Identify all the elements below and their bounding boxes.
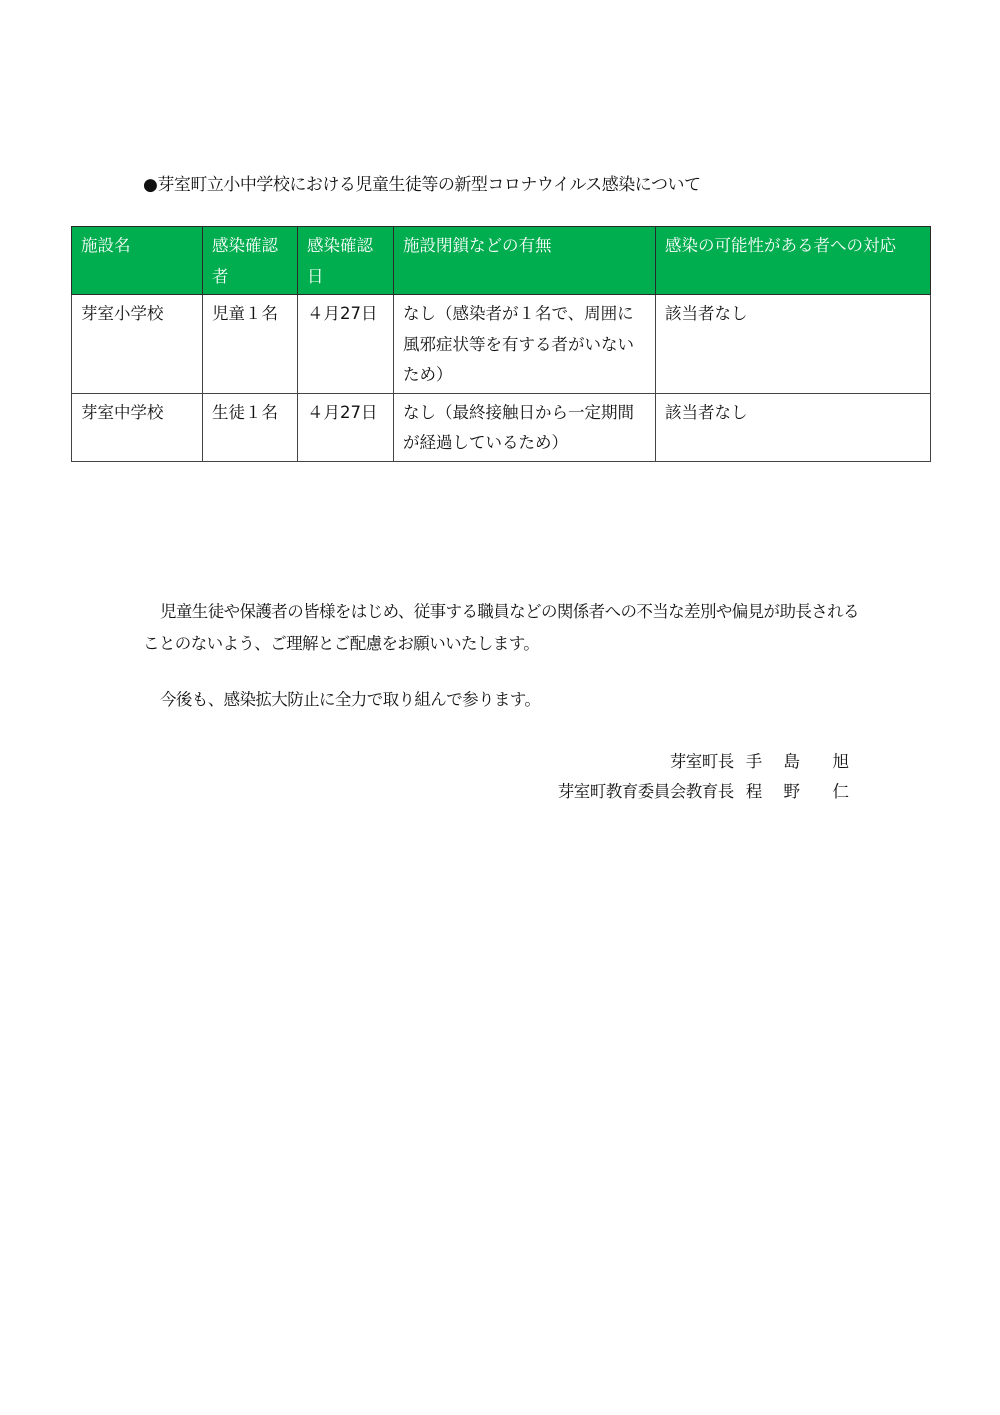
document-heading: ●芽室町立小中学校における児童生徒等の新型コロナウイルス感染について [143,170,700,195]
cell-confirmed-date: ４月27日 [298,393,394,461]
column-header-confirmed-date: 感染確認日 [298,227,394,295]
table-header-row: 施設名 感染確認者 感染確認日 施設閉鎖などの有無 感染の可能性がある者への対応 [72,227,931,295]
column-header-facility: 施設名 [72,227,203,295]
cell-response: 該当者なし [656,295,931,394]
cell-closure: なし（最終接触日から一定期間が経過しているため） [394,393,656,461]
infection-status-table: 施設名 感染確認者 感染確認日 施設閉鎖などの有無 感染の可能性がある者への対応… [71,226,931,462]
signature-role: 芽室町教育委員会教育長 [558,782,734,801]
table-row: 芽室小学校 児童１名 ４月27日 なし（感染者が１名で、周囲に風邪症状等を有する… [72,295,931,394]
cell-facility: 芽室中学校 [72,393,203,461]
cell-closure: なし（感染者が１名で、周囲に風邪症状等を有する者がいないため） [394,295,656,394]
cell-confirmed-person: 生徒１名 [203,393,298,461]
signature-mayor: 芽室町長手 島 旭 [670,748,857,772]
cell-response: 該当者なし [656,393,931,461]
signature-role: 芽室町長 [670,752,734,771]
column-header-closure: 施設閉鎖などの有無 [394,227,656,295]
cell-confirmed-person: 児童１名 [203,295,298,394]
signature-name: 手 島 旭 [746,752,857,771]
signature-superintendent: 芽室町教育委員会教育長程 野 仁 [558,778,857,802]
request-paragraph-text: 児童生徒や保護者の皆様をはじめ、従事する職員などの関係者への不当な差別や偏見が助… [143,602,859,653]
cell-confirmed-date: ４月27日 [298,295,394,394]
table-row: 芽室中学校 生徒１名 ４月27日 なし（最終接触日から一定期間が経過しているため… [72,393,931,461]
request-paragraph: 児童生徒や保護者の皆様をはじめ、従事する職員などの関係者への不当な差別や偏見が助… [143,596,863,660]
commitment-paragraph: 今後も、感染拡大防止に全力で取り組んで参ります。 [143,684,863,716]
column-header-confirmed-person: 感染確認者 [203,227,298,295]
column-header-response: 感染の可能性がある者への対応 [656,227,931,295]
signature-name: 程 野 仁 [746,782,857,801]
cell-facility: 芽室小学校 [72,295,203,394]
commitment-paragraph-text: 今後も、感染拡大防止に全力で取り組んで参ります。 [160,690,540,709]
